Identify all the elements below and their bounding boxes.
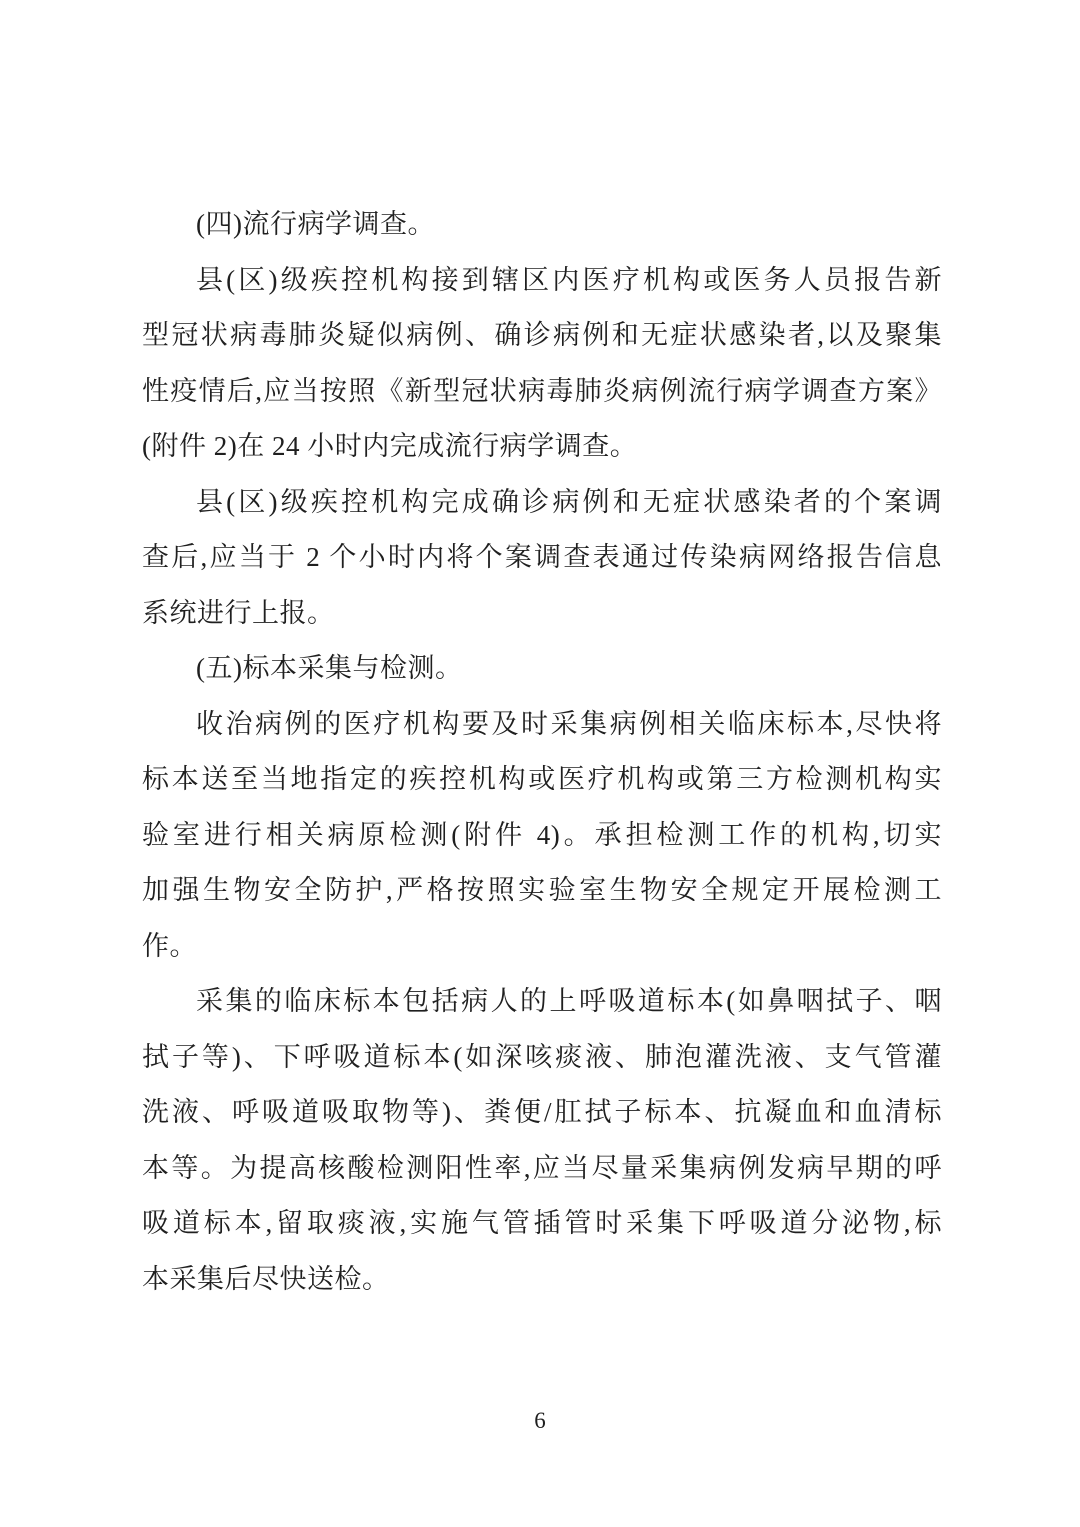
para-epidemiological-investigation: 县(区)级疾控机构接到辖区内医疗机构或医务人员报告新型冠状病毒肺炎疑似病例、确诊… [142, 253, 942, 475]
text-line: 查后,应当于 2 个小时内将个案调查表通过传染病网络报告信息 [142, 530, 942, 586]
para-specimen-collection-testing: 收治病例的医疗机构要及时采集病例相关临床标本,尽快将标本送至当地指定的疾控机构或… [142, 697, 942, 975]
text-line: 洗液、呼吸道吸取物等)、粪便/肛拭子标本、抗凝血和血清标 [142, 1085, 942, 1141]
text-line: 收治病例的医疗机构要及时采集病例相关临床标本,尽快将 [142, 697, 942, 753]
page-number: 6 [534, 1408, 546, 1433]
text-line: (四)流行病学调查。 [142, 197, 942, 253]
text-line: 作。 [142, 919, 942, 975]
para-specimen-types: 采集的临床标本包括病人的上呼吸道标本(如鼻咽拭子、咽拭子等)、下呼吸道标本(如深… [142, 974, 942, 1307]
section-5-heading: (五)标本采集与检测。 [142, 641, 942, 697]
text-line: 型冠状病毒肺炎疑似病例、确诊病例和无症状感染者,以及聚集 [142, 308, 942, 364]
text-line: 标本送至当地指定的疾控机构或医疗机构或第三方检测机构实 [142, 752, 942, 808]
text-line: 系统进行上报。 [142, 586, 942, 642]
document-body: (四)流行病学调查。县(区)级疾控机构接到辖区内医疗机构或医务人员报告新型冠状病… [142, 197, 942, 1307]
document-page: (四)流行病学调查。县(区)级疾控机构接到辖区内医疗机构或医务人员报告新型冠状病… [0, 0, 1080, 1527]
text-line: 加强生物安全防护,严格按照实验室生物安全规定开展检测工 [142, 863, 942, 919]
text-line: 本采集后尽快送检。 [142, 1252, 942, 1308]
text-line: 采集的临床标本包括病人的上呼吸道标本(如鼻咽拭子、咽 [142, 974, 942, 1030]
text-line: 县(区)级疾控机构完成确诊病例和无症状感染者的个案调 [142, 475, 942, 531]
page-footer: 6 [0, 1408, 1080, 1434]
text-line: (附件 2)在 24 小时内完成流行病学调查。 [142, 419, 942, 475]
text-line: 性疫情后,应当按照《新型冠状病毒肺炎病例流行病学调查方案》 [142, 364, 942, 420]
section-4-heading: (四)流行病学调查。 [142, 197, 942, 253]
text-line: 吸道标本,留取痰液,实施气管插管时采集下呼吸道分泌物,标 [142, 1196, 942, 1252]
text-line: (五)标本采集与检测。 [142, 641, 942, 697]
text-line: 县(区)级疾控机构接到辖区内医疗机构或医务人员报告新 [142, 253, 942, 309]
text-line: 拭子等)、下呼吸道标本(如深咳痰液、肺泡灌洗液、支气管灌 [142, 1030, 942, 1086]
para-case-report-upload: 县(区)级疾控机构完成确诊病例和无症状感染者的个案调查后,应当于 2 个小时内将… [142, 475, 942, 642]
text-line: 验室进行相关病原检测(附件 4)。承担检测工作的机构,切实 [142, 808, 942, 864]
text-line: 本等。为提高核酸检测阳性率,应当尽量采集病例发病早期的呼 [142, 1141, 942, 1197]
